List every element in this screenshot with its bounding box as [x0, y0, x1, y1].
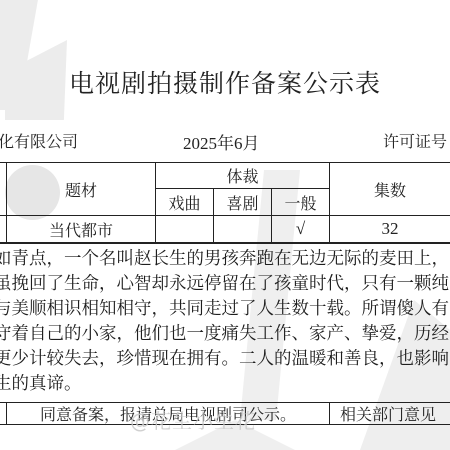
cell-subject: 当代都市 — [7, 216, 155, 242]
license-number-label: 许可证号 — [383, 129, 447, 152]
header-genre-general: 一般 — [272, 189, 329, 215]
synopsis-text: 如青点，一个名叫赵长生的男孩奔跑在无边无际的麦田上， 虽挽回了生命，心智却永远停… — [0, 247, 450, 397]
header-genre-comedy: 喜剧 — [214, 189, 271, 215]
table-border — [0, 242, 450, 244]
header-genre-opera: 戏曲 — [156, 189, 213, 215]
header-genre-group: 体裁 — [156, 163, 329, 188]
document-page: 电视剧拍摄制作备案公示表 化有限公司 2025年6月 许可证号 题材 体裁 戏曲… — [0, 0, 450, 450]
filing-date: 2025年6月 — [183, 129, 260, 154]
document-title: 电视剧拍摄制作备案公示表 — [0, 64, 450, 100]
cell-genre-general-check: √ — [272, 216, 329, 242]
synopsis-line: 虽挽回了生命，心智却永远停留在了孩童时代，只有一颗纯 — [0, 272, 450, 297]
synopsis-line: 更少计较失去，珍惜现在拥有。二人的温暖和善良，也影响 — [0, 347, 450, 372]
cell-genre-opera — [156, 216, 213, 242]
cell-genre-comedy — [214, 216, 271, 242]
synopsis-line: 与美顺相识相知相守，共同走过了人生数十载。所谓傻人有 — [0, 297, 450, 322]
header-subject: 题材 — [7, 163, 155, 215]
header-episodes: 集数 — [330, 163, 450, 215]
cell-episodes: 32 — [330, 216, 450, 242]
weibo-watermark: @花生小生花 — [130, 405, 256, 434]
company-name: 化有限公司 — [0, 129, 78, 152]
synopsis-line: 生的真谛。 — [0, 372, 450, 397]
synopsis-line: 如青点，一个名叫赵长生的男孩奔跑在无边无际的麦田上， — [0, 247, 450, 272]
related-dept-opinion-label: 相关部门意见 — [330, 403, 450, 424]
synopsis-line: 守着自己的小家，他们也一度痛失工作、家产、挚爱，历经 — [0, 322, 450, 347]
